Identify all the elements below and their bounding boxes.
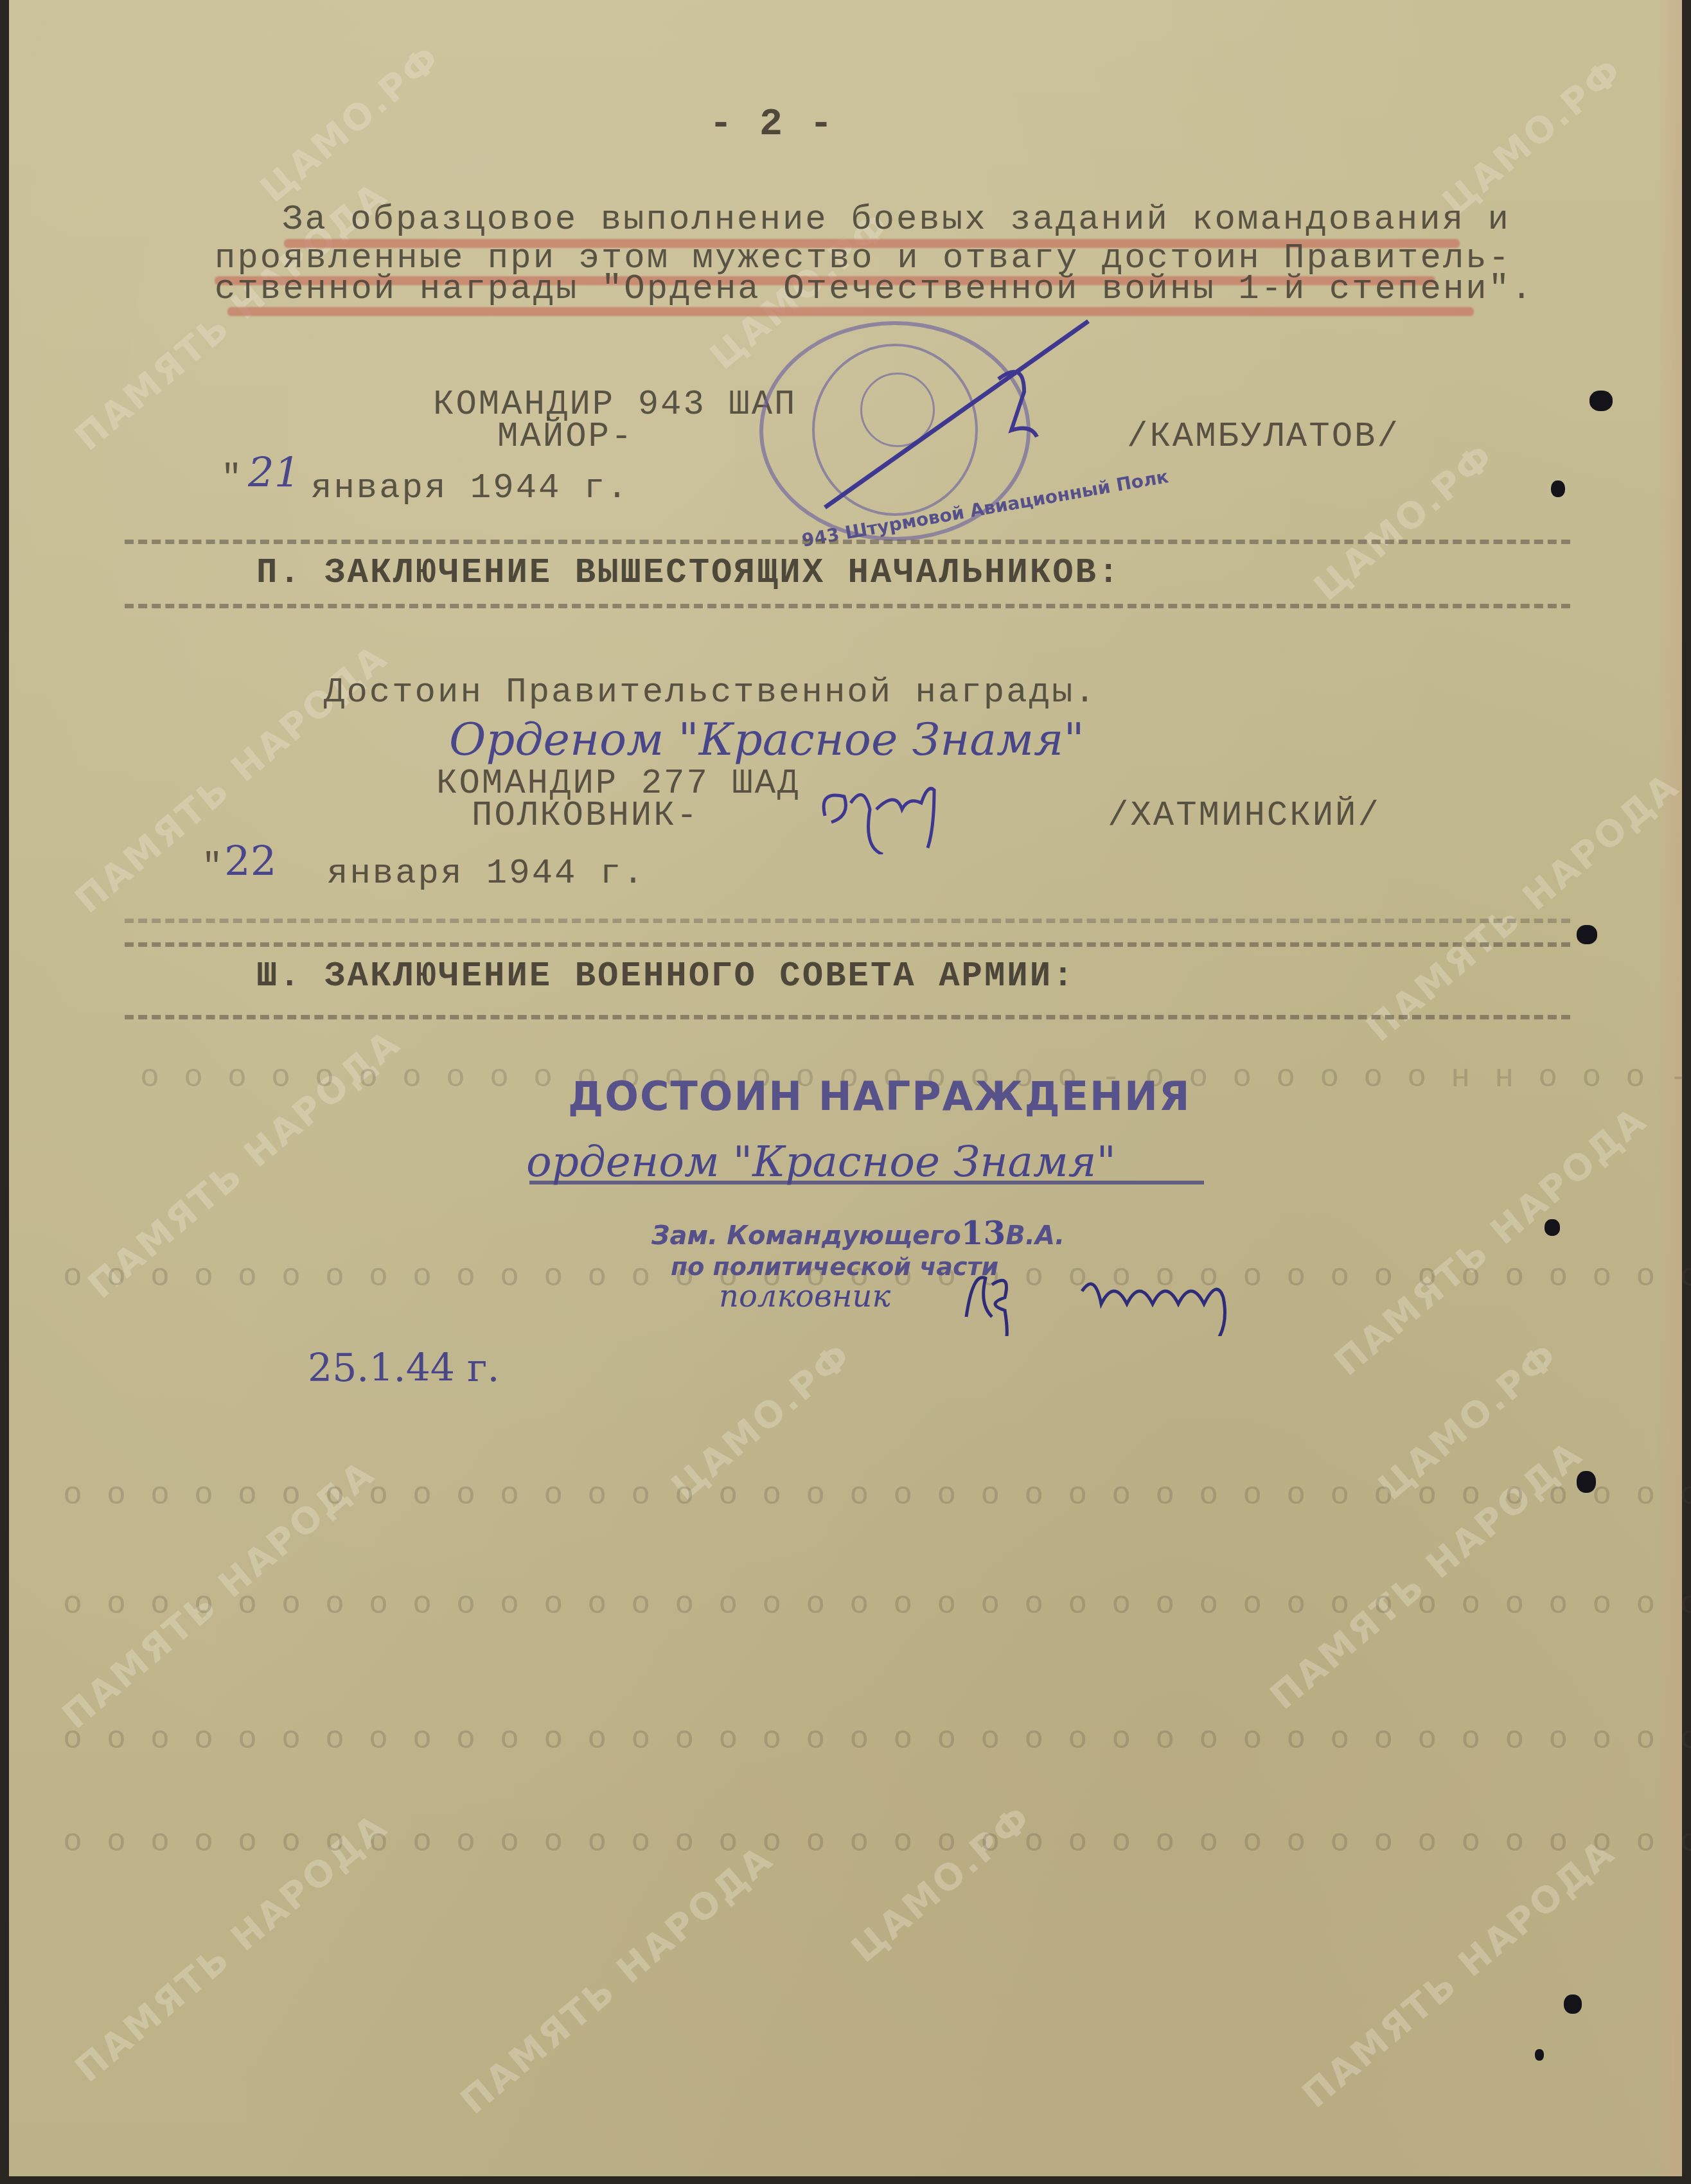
signer-army-suffix: В.А. <box>1005 1221 1065 1251</box>
superiors-date-rest: января 1944 г. <box>327 854 646 894</box>
council-signer-line2: по политической части <box>671 1253 998 1281</box>
separator-line <box>125 1015 1570 1019</box>
signer-title: Зам. Командующего <box>651 1221 961 1251</box>
commander-name: /КАМБУЛАТОВ/ <box>1127 418 1400 457</box>
watermark: ЦАМО.РФ <box>1306 435 1503 609</box>
handwritten-underline <box>529 1181 1204 1184</box>
watermark: ПАМЯТЬ НАРОДА <box>1359 764 1688 1050</box>
award-text-line-3: ственной награды "Ордена Отечественной в… <box>215 270 1534 309</box>
commander-signature <box>812 315 1101 520</box>
binder-hole <box>1577 1471 1596 1493</box>
commander-date-day: 21 <box>248 450 300 497</box>
document-page: ЦАМО.РФ ЦАМО.РФ ПАМЯТЬ НАРОДА ЦАМО.РФ ЦА… <box>9 0 1682 2176</box>
binder-hole <box>1545 1219 1560 1236</box>
watermark: ПАМЯТЬ НАРОДА <box>453 1837 782 2122</box>
separator-line <box>125 540 1570 544</box>
date-open-quote: " <box>202 848 224 887</box>
section-superiors-heading: П. ЗАКЛЮЧЕНИЕ ВЫШЕСТОЯЩИХ НАЧАЛЬНИКОВ: <box>256 554 1120 593</box>
page-number: - 2 - <box>709 103 835 146</box>
commander-date-rest: января 1944 г. <box>311 469 630 508</box>
binder-hole <box>1535 2049 1544 2061</box>
separator-line <box>125 942 1570 947</box>
superiors-commander-name: /ХАТМИНСКИЙ/ <box>1108 797 1381 836</box>
binder-hole <box>1589 391 1613 411</box>
superiors-handwritten-award: Орденом "Красное Знамя" <box>449 713 1085 766</box>
signer-army-number: 13 <box>961 1214 1006 1252</box>
council-signer-rank: полковник <box>719 1278 890 1314</box>
date-open-quote: " <box>221 459 243 498</box>
bleed-through-text: о о о о о о о о о о о о о о о о о о о о … <box>60 1722 1691 1758</box>
council-signer-line1: Зам. Командующего13В.А. <box>651 1214 1065 1252</box>
council-handwritten-award: орденом "Красное Знамя" <box>526 1137 1116 1186</box>
watermark: ЦАМО.РФ <box>1435 49 1631 224</box>
bleed-through-text: о о о о о о о о о о о о о о о о о о о о … <box>60 1477 1691 1514</box>
superiors-date-day: 22 <box>224 838 276 886</box>
watermark: ЦАМО.РФ <box>252 37 449 211</box>
council-handwritten-date: 25.1.44 г. <box>308 1346 500 1391</box>
stamp-worthy-of-award: ДОСТОИН НАГРАЖДЕНИЯ <box>568 1073 1191 1120</box>
bleed-through-text: о о о о о о о о о о о о о о о о о о о о … <box>60 1824 1691 1861</box>
superiors-commander-rank: ПОЛКОВНИК- <box>472 797 699 836</box>
superiors-statement: Достоин Правительственной награды. <box>324 673 1097 712</box>
award-text-line-1: За образцовое выполнение боевых заданий … <box>282 200 1510 240</box>
binder-hole <box>1564 1995 1582 2014</box>
watermark: ПАМЯТЬ НАРОДА <box>1327 1098 1656 1384</box>
watermark: ЦАМО.РФ <box>844 1797 1040 1971</box>
separator-line <box>125 604 1570 608</box>
bleed-through-text: о о о о о о о о о о о о о о о о о о о о … <box>60 1587 1691 1623</box>
superiors-signature <box>812 771 953 854</box>
section-army-council-heading: Ш. ЗАКЛЮЧЕНИЕ ВОЕННОГО СОВЕТА АРМИИ: <box>256 957 1076 996</box>
separator-line <box>125 919 1570 923</box>
watermark: ПАМЯТЬ НАРОДА <box>1295 1831 1624 2116</box>
commander-rank: МАЙОР- <box>497 418 633 457</box>
binder-hole <box>1577 925 1597 944</box>
binder-hole <box>1551 480 1565 497</box>
council-signature <box>953 1259 1313 1336</box>
